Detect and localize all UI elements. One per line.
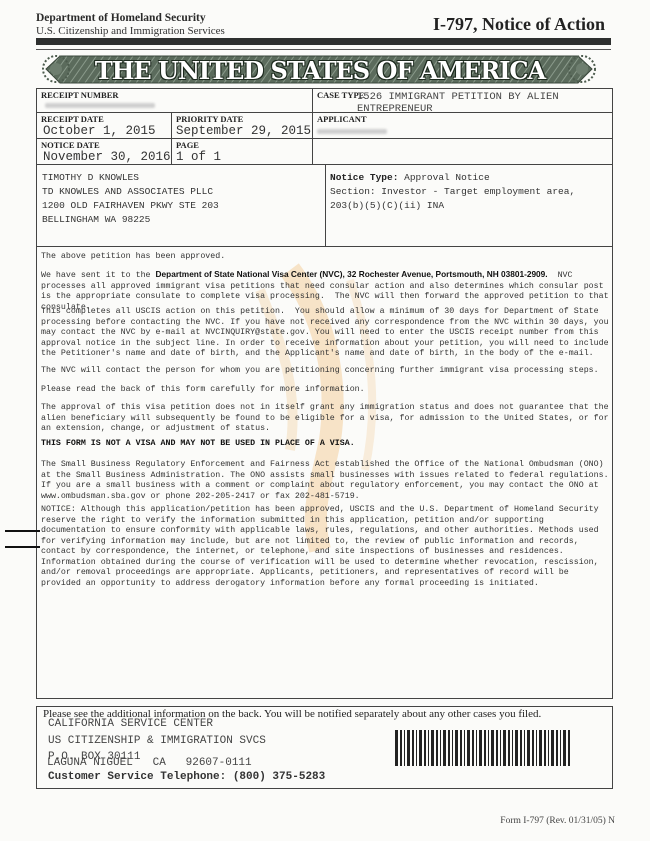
section-line-2: 203(b)(5)(C)(ii) INA: [330, 199, 575, 213]
nvc-intro: We have sent it to the: [41, 271, 156, 280]
body-paragraph: The NVC will contact the person for whom…: [41, 366, 609, 377]
receipt-date-cell: RECEIPT DATE October 1, 2015: [37, 113, 172, 139]
body-paragraph: The Small Business Regulatory Enforcemen…: [41, 460, 609, 502]
form-title: I-797, Notice of Action: [433, 14, 605, 35]
fold-mark: [5, 530, 40, 532]
page-label: PAGE: [176, 140, 199, 150]
notice-body: The above petition has been approved. We…: [36, 246, 613, 699]
applicant-cell: APPLICANT: [313, 113, 613, 139]
priority-date-value: September 29, 2015: [176, 124, 311, 138]
body-paragraph: The above petition has been approved.: [41, 252, 606, 263]
form-number: Form I-797 (Rev. 01/31/05) N: [500, 816, 615, 826]
notice-type-value: Approval Notice: [404, 172, 490, 183]
receipt-date-label: RECEIPT DATE: [41, 114, 104, 124]
address-section: TIMOTHY D KNOWLES TD KNOWLES AND ASSOCIA…: [36, 165, 613, 247]
priority-date-label: PRIORITY DATE: [176, 114, 243, 124]
nvc-address: Department of State National Visa Center…: [156, 269, 548, 279]
department-name: Department of Homeland Security: [36, 12, 206, 24]
notice-type-label: Notice Type:: [330, 172, 398, 183]
barcode-icon: [395, 730, 571, 766]
section-line-1: Section: Investor - Target employment ar…: [330, 185, 575, 199]
mailing-address: TIMOTHY D KNOWLES TD KNOWLES AND ASSOCIA…: [42, 171, 219, 227]
customer-service-phone: Customer Service Telephone: (800) 375-52…: [48, 771, 325, 783]
office-line: US CITIZENSHIP & IMMIGRATION SVCS: [48, 735, 266, 747]
applicant-redacted: [317, 129, 387, 134]
notice-type-line: Notice Type: Approval Notice: [330, 171, 575, 185]
empty-cell: [313, 139, 613, 165]
receipt-number-label: RECEIPT NUMBER: [41, 90, 119, 100]
priority-date-cell: PRIORITY DATE September 29, 2015: [172, 113, 313, 139]
visa-warning: THIS FORM IS NOT A VISA AND MAY NOT BE U…: [41, 439, 609, 450]
office-line-city: LAGUNA NIGUEL CA 92607-0111: [47, 757, 252, 769]
page-cell: PAGE 1 of 1: [172, 139, 313, 165]
header-rule: [36, 38, 611, 45]
address-line: BELLINGHAM WA 98225: [42, 213, 219, 227]
office-line: CALIFORNIA SERVICE CENTER: [48, 718, 213, 730]
receipt-number-cell: RECEIPT NUMBER: [37, 89, 313, 113]
fold-mark: [5, 546, 40, 548]
notice-date-value: November 30, 2016: [43, 150, 171, 164]
verification-notice: NOTICE: Although this application/petiti…: [41, 505, 609, 589]
banner-title: THE UNITED STATES OF AMERICA: [70, 55, 570, 85]
body-paragraph: Please read the back of this form carefu…: [41, 385, 609, 396]
notice-date-cell: NOTICE DATE November 30, 2016: [37, 139, 172, 165]
case-type-cell: CASE TYPE I526 IMMIGRANT PETITION BY ALI…: [313, 89, 613, 113]
receipt-date-value: October 1, 2015: [43, 124, 156, 138]
applicant-label: APPLICANT: [317, 114, 367, 124]
body-paragraph: The approval of this visa petition does …: [41, 403, 609, 435]
address-line: TIMOTHY D KNOWLES: [42, 171, 219, 185]
page-value: 1 of 1: [176, 150, 221, 164]
case-info-grid: RECEIPT NUMBER CASE TYPE I526 IMMIGRANT …: [36, 88, 613, 165]
body-paragraph: This completes all USCIS action on this …: [41, 307, 609, 360]
address-line: TD KNOWLES AND ASSOCIATES PLLC: [42, 185, 219, 199]
notice-info-box: Notice Type: Approval Notice Section: In…: [325, 165, 613, 246]
receipt-number-redacted: [45, 103, 155, 108]
address-line: 1200 OLD FAIRHAVEN PKWY STE 203: [42, 199, 219, 213]
case-type-value: I526 IMMIGRANT PETITION BY ALIEN ENTREPR…: [357, 91, 602, 115]
header-thin-rule: [36, 49, 611, 50]
notice-date-label: NOTICE DATE: [41, 140, 100, 150]
agency-name: U.S. Citizenship and Immigration Service…: [36, 25, 225, 37]
